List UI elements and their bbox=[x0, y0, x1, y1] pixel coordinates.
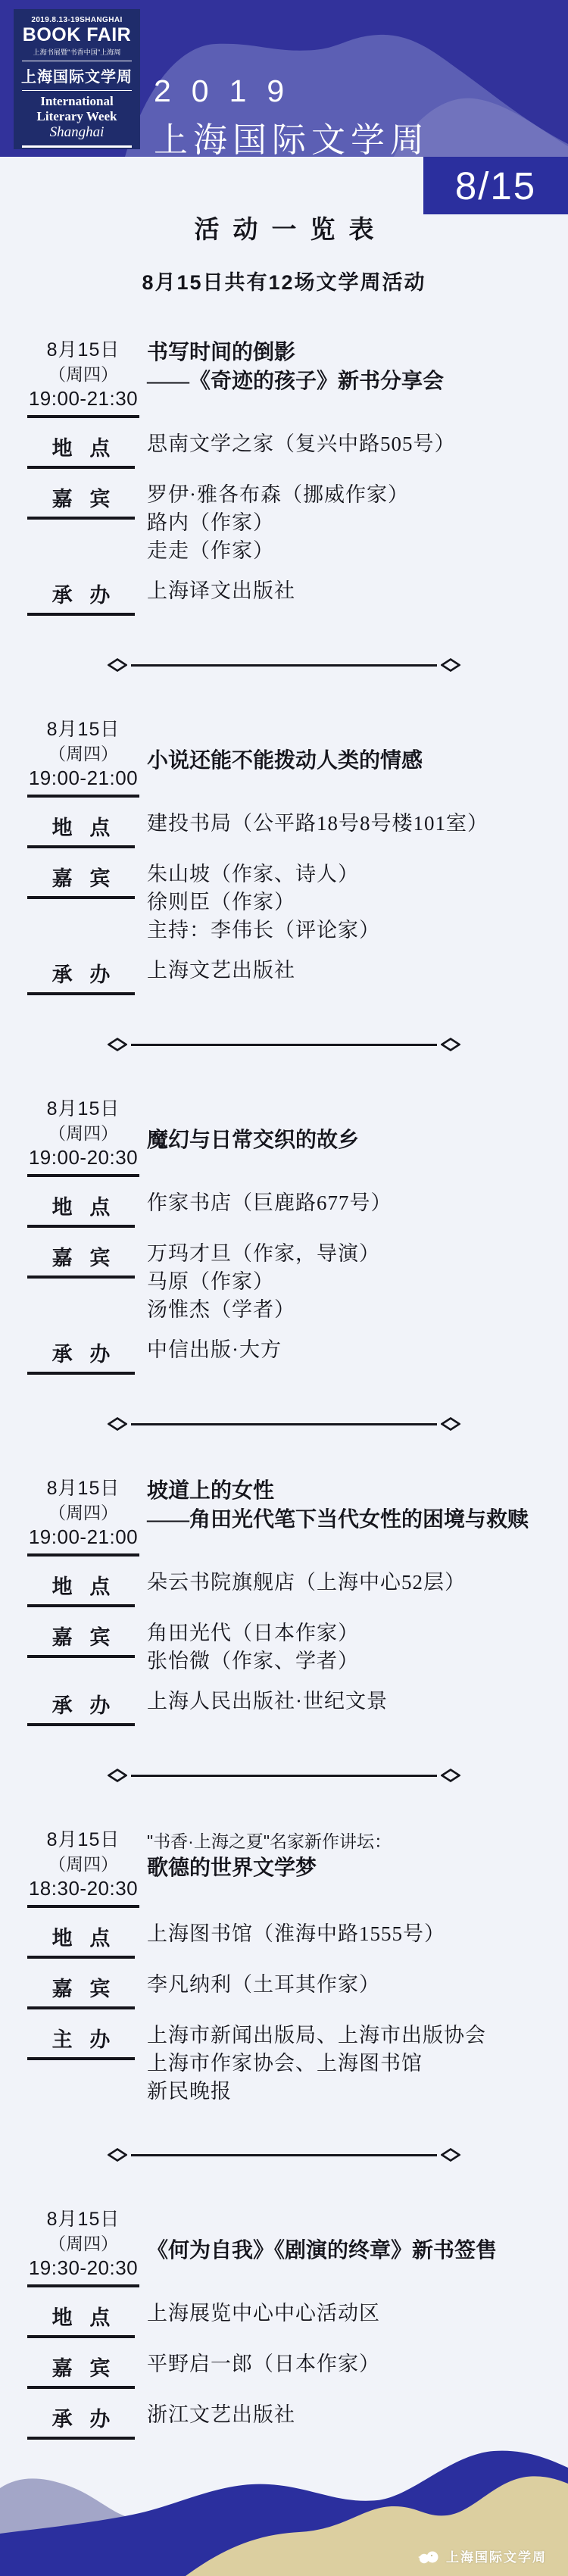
guests-row: 嘉 宾万玛才旦（作家，导演）马原（作家）汤惟杰（学者） bbox=[27, 1240, 568, 1324]
host-label-text: 主 办 bbox=[52, 2028, 111, 2051]
event-date: 8月15日 bbox=[27, 1476, 139, 1501]
event-weekday: （周四） bbox=[27, 742, 139, 766]
event-datetime: 8月15日 （周四） 19:00-20:30 bbox=[27, 1097, 139, 1177]
book-fair-title-en: BOOK FAIR bbox=[20, 25, 133, 45]
event-title-line: 魔幻与日常交织的故乡 bbox=[147, 1126, 359, 1155]
venue-label-text: 地 点 bbox=[52, 817, 111, 839]
event-date: 8月15日 bbox=[27, 2207, 139, 2232]
guests-label-text: 嘉 宾 bbox=[52, 867, 111, 890]
event-card: 8月15日 （周四） 18:30-20:30 "书香·上海之夏"名家新作讲坛：歌… bbox=[0, 1828, 568, 2106]
event-weekday: （周四） bbox=[27, 2232, 139, 2256]
guests-label: 嘉 宾 bbox=[27, 862, 135, 899]
organizer-label-text: 承 办 bbox=[52, 963, 111, 986]
event-rows: 地 点作家书店（巨鹿路677号）嘉 宾万玛才旦（作家，导演）马原（作家）汤惟杰（… bbox=[0, 1189, 568, 1375]
event-title: 魔幻与日常交织的故乡 bbox=[147, 1097, 359, 1177]
venue-label: 地 点 bbox=[27, 1570, 135, 1607]
divider-diamond-icon bbox=[441, 1769, 460, 1782]
venue-label-text: 地 点 bbox=[52, 2306, 111, 2329]
event-title-line: 《何为自我》《剧演的终章》新书签售 bbox=[147, 2237, 497, 2265]
section-divider bbox=[108, 658, 460, 672]
venue-label-text: 地 点 bbox=[52, 1927, 111, 1950]
divider-diamond-icon bbox=[441, 2148, 460, 2162]
organizer-values: 上海人民出版社·世纪文景 bbox=[147, 1688, 388, 1716]
event-card: 8月15日 （周四） 19:30-20:30 《何为自我》《剧演的终章》新书签售… bbox=[0, 2207, 568, 2440]
event-time: 19:00-21:00 bbox=[27, 1525, 139, 1550]
logo-divider bbox=[22, 145, 132, 148]
organizer-label-text: 承 办 bbox=[52, 1694, 111, 1717]
venue-row: 地 点建投书局（公平路18号8号楼101室） bbox=[27, 810, 568, 848]
venue-values: 朵云书院旗舰店（上海中心52层） bbox=[147, 1569, 466, 1597]
event-title-line: 坡道上的女性 bbox=[147, 1477, 529, 1506]
section-divider bbox=[108, 1417, 460, 1431]
organizer-row: 承 办上海人民出版社·世纪文景 bbox=[27, 1688, 568, 1726]
event-title: "书香·上海之夏"名家新作讲坛：歌德的世界文学梦 bbox=[147, 1828, 392, 1908]
event-datetime: 8月15日 （周四） 19:00-21:30 bbox=[27, 338, 139, 418]
event-time: 19:30-20:30 bbox=[27, 2256, 139, 2281]
guests-value: 平野启一郎（日本作家） bbox=[147, 2350, 380, 2378]
guests-label-text: 嘉 宾 bbox=[52, 1626, 111, 1649]
guests-value: 路内（作家） bbox=[147, 509, 409, 537]
footer-wordmark: 上海国际文学周 bbox=[446, 2546, 547, 2565]
organizer-value: 上海人民出版社·世纪文景 bbox=[147, 1688, 388, 1716]
guests-value: 角田光代（日本作家） bbox=[147, 1619, 359, 1647]
venue-row: 地 点作家书店（巨鹿路677号） bbox=[27, 1189, 568, 1228]
event-time: 19:00-20:30 bbox=[27, 1145, 139, 1170]
divider-line bbox=[131, 1775, 437, 1777]
event-head: 8月15日 （周四） 18:30-20:30 "书香·上海之夏"名家新作讲坛：歌… bbox=[27, 1828, 568, 1908]
guests-label: 嘉 宾 bbox=[27, 1972, 135, 2009]
section-divider bbox=[108, 2148, 460, 2162]
divider-diamond-icon bbox=[108, 1769, 127, 1782]
organizer-values: 上海译文出版社 bbox=[147, 577, 295, 605]
guests-value: 李凡纳利（土耳其作家） bbox=[147, 1971, 380, 1999]
venue-label: 地 点 bbox=[27, 432, 135, 469]
guests-values: 朱山坡（作家、诗人）徐则臣（作家）主持：李伟长（评论家） bbox=[147, 860, 380, 945]
organizer-values: 上海文艺出版社 bbox=[147, 957, 295, 985]
guests-label-text: 嘉 宾 bbox=[52, 2357, 111, 2380]
event-date: 8月15日 bbox=[27, 1828, 139, 1853]
divider-diamond-icon bbox=[108, 658, 127, 672]
event-title: 《何为自我》《剧演的终章》新书签售 bbox=[147, 2207, 497, 2287]
event-card: 8月15日 （周四） 19:00-21:00 小说还能不能拨动人类的情感 地 点… bbox=[0, 717, 568, 995]
divider-diamond-icon bbox=[441, 658, 460, 672]
event-title-line: ——《奇迹的孩子》新书分享会 bbox=[147, 367, 444, 396]
venue-row: 地 点上海图书馆（淮海中路1555号） bbox=[27, 1920, 568, 1959]
event-datetime: 8月15日 （周四） 18:30-20:30 bbox=[27, 1828, 139, 1908]
divider-line bbox=[131, 664, 437, 667]
guests-value: 汤惟杰（学者） bbox=[147, 1296, 380, 1324]
event-rows: 地 点建投书局（公平路18号8号楼101室）嘉 宾朱山坡（作家、诗人）徐则臣（作… bbox=[0, 810, 568, 995]
organizer-row: 承 办上海文艺出版社 bbox=[27, 957, 568, 995]
event-title: 小说还能不能拨动人类的情感 bbox=[147, 717, 423, 798]
venue-row: 地 点思南文学之家（复兴中路505号） bbox=[27, 430, 568, 469]
schedule-main: 活动一览表 8月15日共有12场文学周活动 8月15日 （周四） 19:00-2… bbox=[0, 157, 568, 2446]
divider-line bbox=[131, 2154, 437, 2156]
guests-label: 嘉 宾 bbox=[27, 1241, 135, 1279]
event-date: 8月15日 bbox=[27, 717, 139, 742]
organizer-label: 承 办 bbox=[27, 958, 135, 995]
guests-row: 嘉 宾李凡纳利（土耳其作家） bbox=[27, 1971, 568, 2009]
venue-label-text: 地 点 bbox=[52, 1575, 111, 1598]
banner-title: 2019 上海国际文学周 bbox=[154, 76, 429, 161]
host-label: 主 办 bbox=[27, 2023, 135, 2060]
organizer-label: 承 办 bbox=[27, 2403, 135, 2440]
guests-values: 万玛才旦（作家，导演）马原（作家）汤惟杰（学者） bbox=[147, 1240, 380, 1324]
venue-label-text: 地 点 bbox=[52, 1196, 111, 1219]
venue-values: 建投书局（公平路18号8号楼101室） bbox=[147, 810, 488, 838]
event-title-line: 书写时间的倒影 bbox=[147, 339, 444, 367]
poster-page: 2019.8.13-19SHANGHAI BOOK FAIR 上海书展暨"书香中… bbox=[0, 0, 568, 2576]
event-time: 19:00-21:00 bbox=[27, 766, 139, 791]
venue-label: 地 点 bbox=[27, 1922, 135, 1959]
guests-label: 嘉 宾 bbox=[27, 2352, 135, 2389]
section-divider bbox=[108, 1769, 460, 1782]
organizer-values: 中信出版·大方 bbox=[147, 1336, 282, 1364]
organizer-label-text: 承 办 bbox=[52, 1343, 111, 1366]
logo-divider bbox=[22, 90, 132, 91]
event-rows: 地 点思南文学之家（复兴中路505号）嘉 宾罗伊·雅各布森（挪威作家）路内（作家… bbox=[0, 430, 568, 616]
host-value: 上海市作家协会、上海图书馆 bbox=[147, 2050, 486, 2078]
section-divider bbox=[108, 1038, 460, 1051]
banner-week-title: 上海国际文学周 bbox=[154, 112, 429, 161]
organizer-value: 上海文艺出版社 bbox=[147, 957, 295, 985]
venue-label-text: 地 点 bbox=[52, 437, 111, 460]
event-weekday: （周四） bbox=[27, 1853, 139, 1876]
venue-value: 上海图书馆（淮海中路1555号） bbox=[147, 1920, 445, 1948]
venue-values: 作家书店（巨鹿路677号） bbox=[147, 1189, 392, 1217]
guests-label-text: 嘉 宾 bbox=[52, 1978, 111, 2000]
event-rows: 地 点朵云书院旗舰店（上海中心52层）嘉 宾角田光代（日本作家）张怡微（作家、学… bbox=[0, 1569, 568, 1726]
event-weekday: （周四） bbox=[27, 1122, 139, 1145]
guests-value: 走走（作家） bbox=[147, 537, 409, 565]
event-card: 8月15日 （周四） 19:00-20:30 魔幻与日常交织的故乡 地 点作家书… bbox=[0, 1097, 568, 1375]
guests-row: 嘉 宾角田光代（日本作家）张怡微（作家、学者） bbox=[27, 1619, 568, 1675]
event-title: 书写时间的倒影——《奇迹的孩子》新书分享会 bbox=[147, 338, 444, 418]
event-title-line: 歌德的世界文学梦 bbox=[147, 1854, 392, 1883]
divider-diamond-icon bbox=[441, 1038, 460, 1051]
host-value: 新民晚报 bbox=[147, 2078, 486, 2106]
organizer-value: 上海译文出版社 bbox=[147, 577, 295, 605]
page-subtitle: 8月15日共有12场文学周活动 bbox=[0, 266, 568, 295]
event-datetime: 8月15日 （周四） 19:30-20:30 bbox=[27, 2207, 139, 2287]
event-weekday: （周四） bbox=[27, 1501, 139, 1525]
organizer-row: 承 办上海译文出版社 bbox=[27, 577, 568, 616]
guests-value: 万玛才旦（作家，导演） bbox=[147, 1240, 380, 1268]
book-fair-subtitle-cn: 上海书展暨"书香中国"上海周 bbox=[23, 47, 131, 57]
divider-line bbox=[131, 1423, 437, 1425]
venue-label: 地 点 bbox=[27, 1191, 135, 1228]
event-rows: 地 点上海图书馆（淮海中路1555号）嘉 宾李凡纳利（土耳其作家）主 办上海市新… bbox=[0, 1920, 568, 2106]
venue-value: 作家书店（巨鹿路677号） bbox=[147, 1189, 392, 1217]
venue-label: 地 点 bbox=[27, 811, 135, 848]
venue-value: 上海展览中心中心活动区 bbox=[147, 2300, 380, 2328]
event-list: 8月15日 （周四） 19:00-21:30 书写时间的倒影——《奇迹的孩子》新… bbox=[0, 295, 568, 2440]
venue-values: 思南文学之家（复兴中路505号） bbox=[147, 430, 456, 458]
organizer-label: 承 办 bbox=[27, 1689, 135, 1726]
event-card: 8月15日 （周四） 19:00-21:30 书写时间的倒影——《奇迹的孩子》新… bbox=[0, 338, 568, 616]
venue-value: 朵云书院旗舰店（上海中心52层） bbox=[147, 1569, 466, 1597]
event-title-line: ——角田光代笔下当代女性的困境与救赎 bbox=[147, 1506, 529, 1535]
event-rows: 地 点上海展览中心中心活动区嘉 宾平野启一郎（日本作家）承 办浙江文艺出版社 bbox=[0, 2300, 568, 2440]
guests-value: 马原（作家） bbox=[147, 1268, 380, 1296]
guests-row: 嘉 宾朱山坡（作家、诗人）徐则臣（作家）主持：李伟长（评论家） bbox=[27, 860, 568, 945]
venue-value: 思南文学之家（复兴中路505号） bbox=[147, 430, 456, 458]
organizer-label: 承 办 bbox=[27, 1338, 135, 1375]
organizer-values: 浙江文艺出版社 bbox=[147, 2401, 295, 2429]
banner-year: 2019 bbox=[154, 76, 429, 107]
guests-value: 主持：李伟长（评论家） bbox=[147, 916, 380, 945]
book-fair-dates: 2019.8.13-19SHANGHAI bbox=[20, 16, 133, 24]
event-card: 8月15日 （周四） 19:00-21:00 坡道上的女性——角田光代笔下当代女… bbox=[0, 1476, 568, 1726]
logo-divider bbox=[22, 61, 132, 61]
organizer-row: 承 办浙江文艺出版社 bbox=[27, 2401, 568, 2440]
organizer-label-text: 承 办 bbox=[52, 584, 111, 607]
guests-value: 罗伊·雅各布森（挪威作家） bbox=[147, 481, 409, 509]
host-row: 主 办上海市新闻出版局、上海市出版协会上海市作家协会、上海图书馆新民晚报 bbox=[27, 2022, 568, 2106]
organizer-label: 承 办 bbox=[27, 579, 135, 616]
footer: 上海国际文学周 bbox=[0, 2446, 568, 2576]
event-head: 8月15日 （周四） 19:00-21:00 坡道上的女性——角田光代笔下当代女… bbox=[27, 1476, 568, 1557]
date-badge: 8/15 bbox=[423, 157, 568, 214]
guests-value: 朱山坡（作家、诗人） bbox=[147, 860, 380, 888]
divider-line bbox=[131, 1044, 437, 1046]
page-title: 活动一览表 bbox=[0, 210, 568, 245]
event-datetime: 8月15日 （周四） 19:00-21:00 bbox=[27, 1476, 139, 1557]
divider-diamond-icon bbox=[441, 1417, 460, 1431]
literary-week-logo-icon bbox=[417, 2547, 440, 2565]
event-time: 18:30-20:30 bbox=[27, 1876, 139, 1901]
book-fair-logo: 2019.8.13-19SHANGHAI BOOK FAIR 上海书展暨"书香中… bbox=[14, 9, 140, 149]
guests-label: 嘉 宾 bbox=[27, 482, 135, 520]
organizer-label-text: 承 办 bbox=[52, 2408, 111, 2431]
venue-row: 地 点朵云书院旗舰店（上海中心52层） bbox=[27, 1569, 568, 1607]
host-value: 上海市新闻出版局、上海市出版协会 bbox=[147, 2022, 486, 2050]
guests-label-text: 嘉 宾 bbox=[52, 488, 111, 511]
event-weekday: （周四） bbox=[27, 363, 139, 386]
guests-values: 平野启一郎（日本作家） bbox=[147, 2350, 380, 2378]
event-title: 坡道上的女性——角田光代笔下当代女性的困境与救赎 bbox=[147, 1476, 529, 1557]
venue-values: 上海展览中心中心活动区 bbox=[147, 2300, 380, 2328]
divider-diamond-icon bbox=[108, 2148, 127, 2162]
event-head: 8月15日 （周四） 19:00-20:30 魔幻与日常交织的故乡 bbox=[27, 1097, 568, 1177]
guests-value: 徐则臣（作家） bbox=[147, 888, 380, 916]
literary-week-en: International Literary Week bbox=[20, 94, 133, 123]
event-datetime: 8月15日 （周四） 19:00-21:00 bbox=[27, 717, 139, 798]
event-time: 19:00-21:30 bbox=[27, 386, 139, 411]
guests-values: 角田光代（日本作家）张怡微（作家、学者） bbox=[147, 1619, 359, 1675]
guests-value: 张怡微（作家、学者） bbox=[147, 1647, 359, 1675]
venue-value: 建投书局（公平路18号8号楼101室） bbox=[147, 810, 488, 838]
guests-row: 嘉 宾平野启一郎（日本作家） bbox=[27, 2350, 568, 2389]
venue-values: 上海图书馆（淮海中路1555号） bbox=[147, 1920, 445, 1948]
guests-label-text: 嘉 宾 bbox=[52, 1247, 111, 1269]
event-date: 8月15日 bbox=[27, 1097, 139, 1122]
banner: 2019.8.13-19SHANGHAI BOOK FAIR 上海书展暨"书香中… bbox=[0, 0, 568, 157]
guests-label: 嘉 宾 bbox=[27, 1621, 135, 1658]
divider-diamond-icon bbox=[108, 1038, 127, 1051]
event-head: 8月15日 （周四） 19:30-20:30 《何为自我》《剧演的终章》新书签售 bbox=[27, 2207, 568, 2287]
event-title-line: 小说还能不能拨动人类的情感 bbox=[147, 747, 423, 776]
guests-values: 罗伊·雅各布森（挪威作家）路内（作家）走走（作家） bbox=[147, 481, 409, 565]
venue-row: 地 点上海展览中心中心活动区 bbox=[27, 2300, 568, 2338]
event-head: 8月15日 （周四） 19:00-21:30 书写时间的倒影——《奇迹的孩子》新… bbox=[27, 338, 568, 418]
organizer-value: 浙江文艺出版社 bbox=[147, 2401, 295, 2429]
organizer-value: 中信出版·大方 bbox=[147, 1336, 282, 1364]
event-title-line: "书香·上海之夏"名家新作讲坛： bbox=[147, 1828, 392, 1854]
shanghai-script: Shanghai bbox=[20, 124, 133, 141]
venue-label: 地 点 bbox=[27, 2301, 135, 2338]
host-values: 上海市新闻出版局、上海市出版协会上海市作家协会、上海图书馆新民晚报 bbox=[147, 2022, 486, 2106]
guests-values: 李凡纳利（土耳其作家） bbox=[147, 1971, 380, 1999]
guests-row: 嘉 宾罗伊·雅各布森（挪威作家）路内（作家）走走（作家） bbox=[27, 481, 568, 565]
organizer-row: 承 办中信出版·大方 bbox=[27, 1336, 568, 1375]
footer-brand: 上海国际文学周 bbox=[417, 2546, 547, 2565]
event-head: 8月15日 （周四） 19:00-21:00 小说还能不能拨动人类的情感 bbox=[27, 717, 568, 798]
literary-week-cn: 上海国际文学周 bbox=[20, 64, 133, 86]
divider-diamond-icon bbox=[108, 1417, 127, 1431]
event-date: 8月15日 bbox=[27, 338, 139, 363]
